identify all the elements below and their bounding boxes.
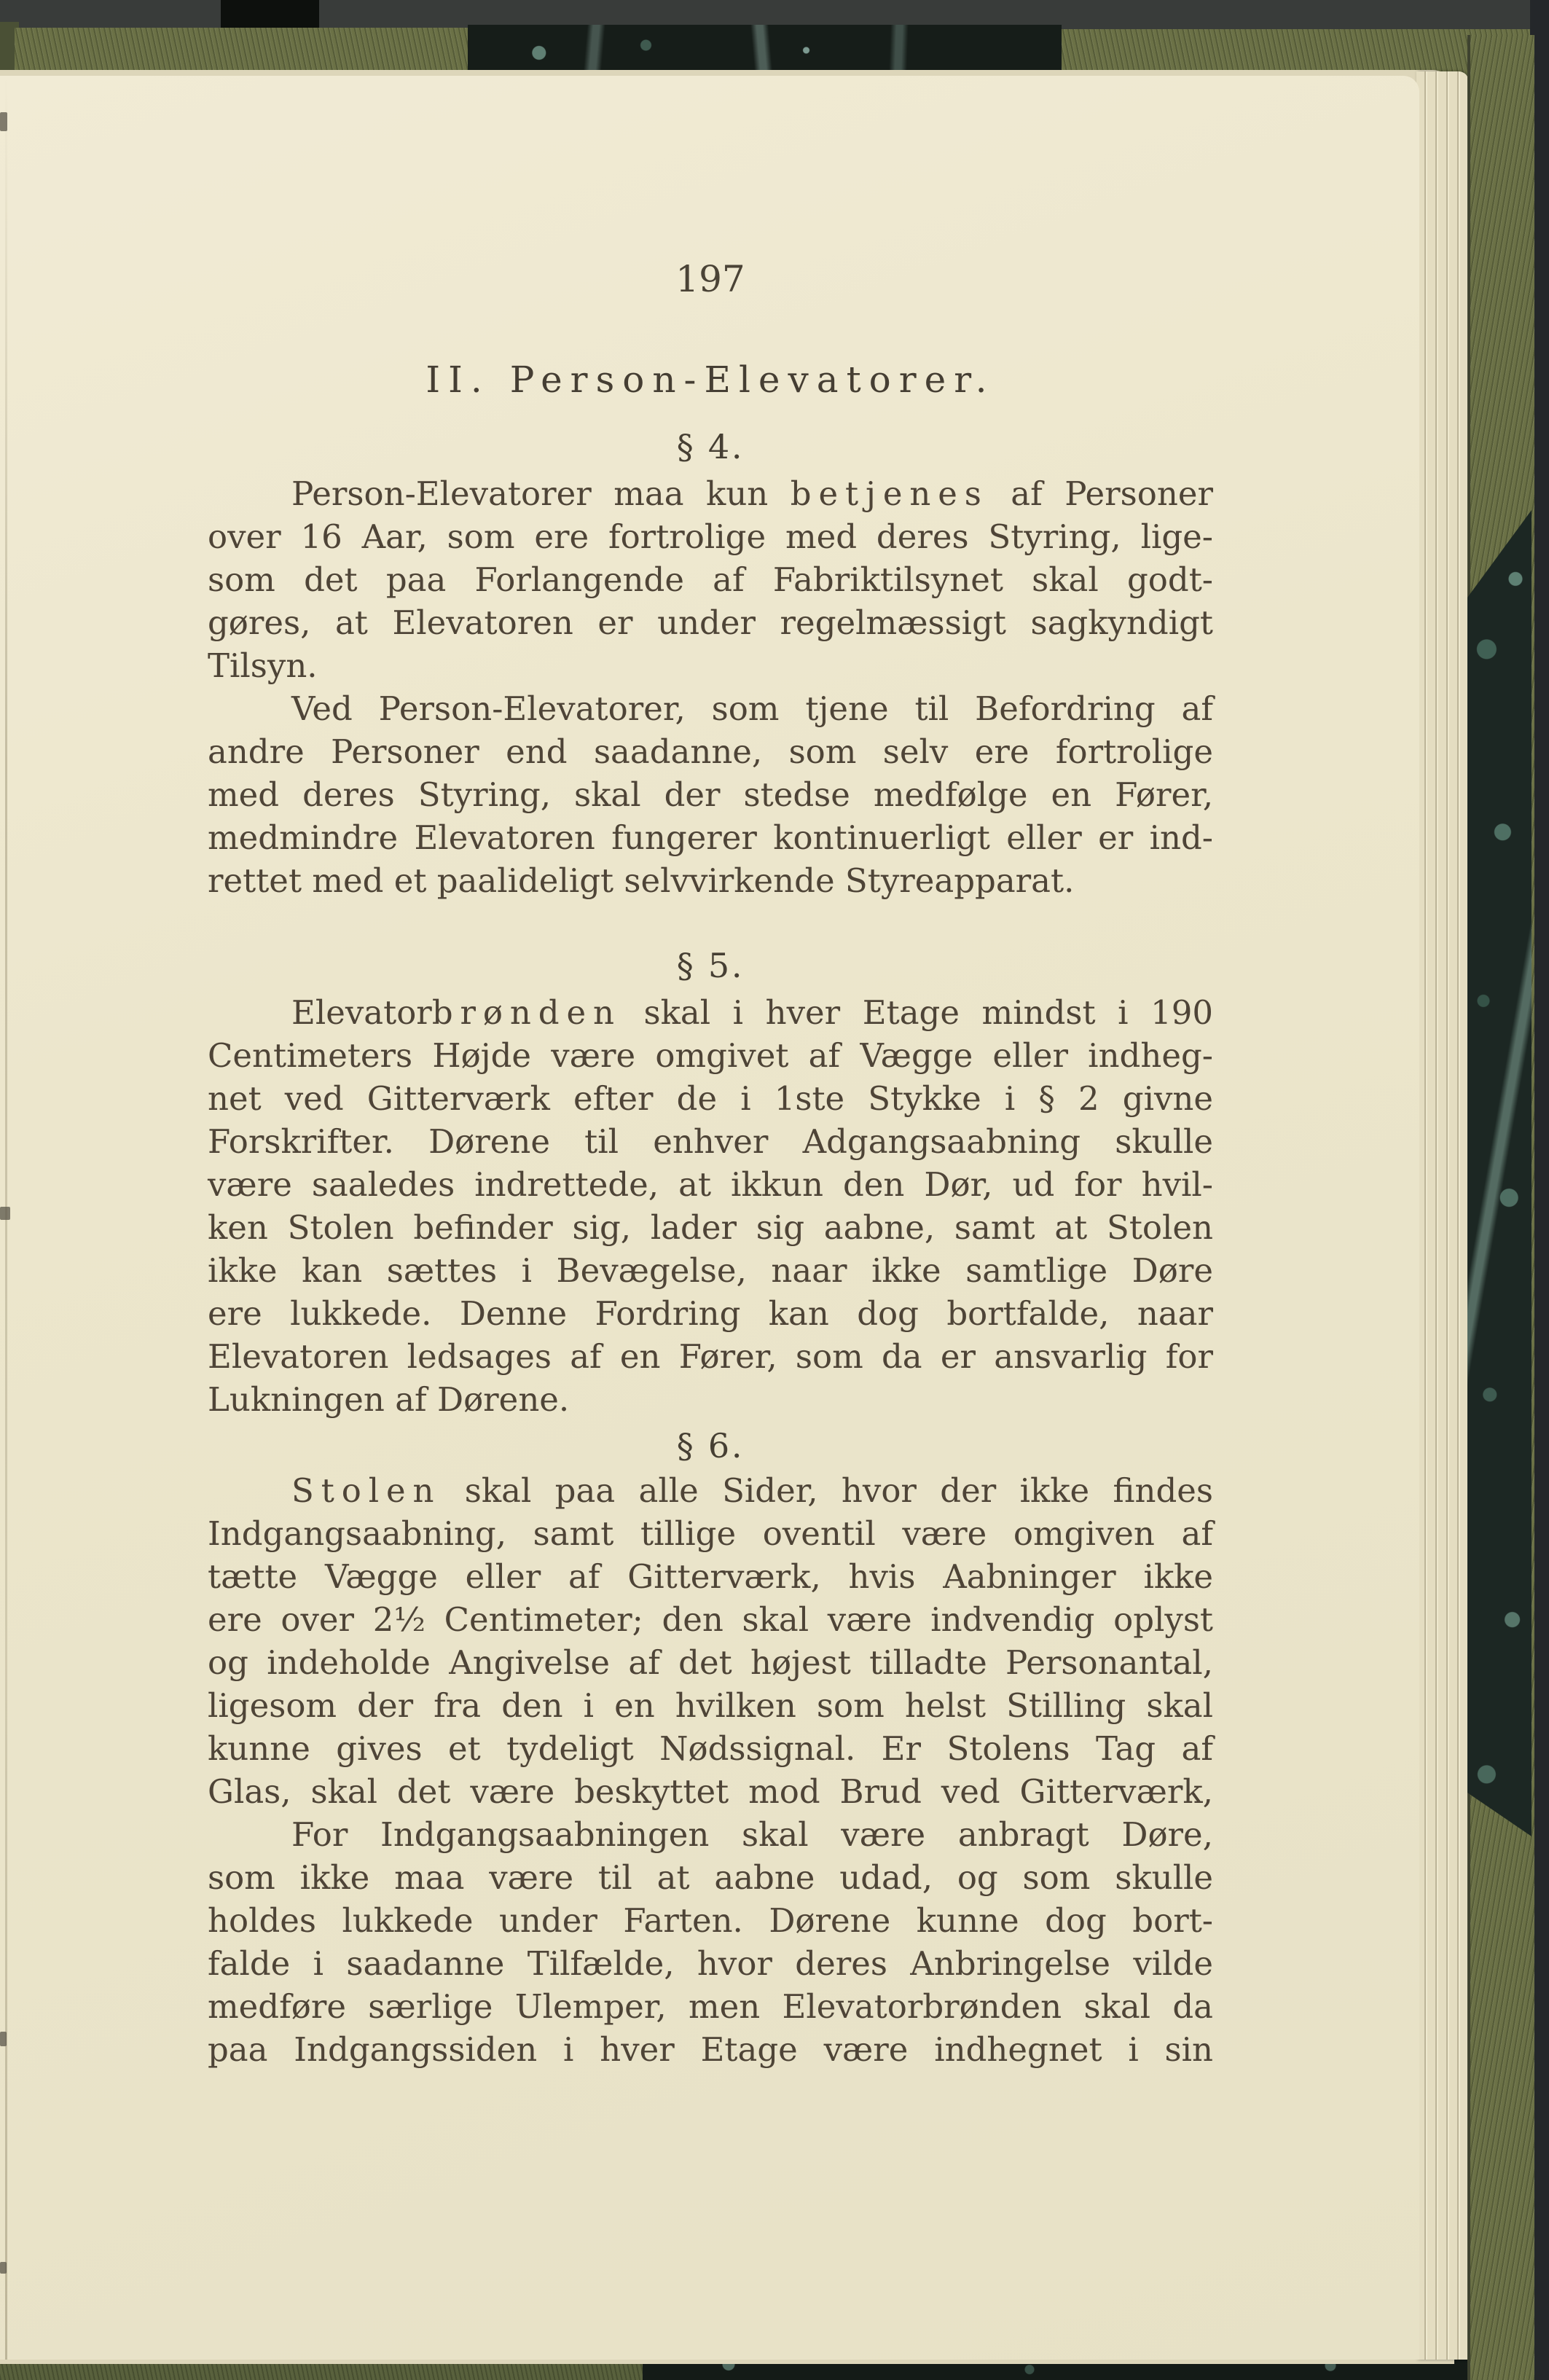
text-line: gøres, at Elevatoren er under regelmæssi… [208,601,1213,644]
text-line: net ved Gitterværk efter de i 1ste Stykk… [208,1077,1213,1120]
text-line: Indgangsaabning, samt tillige oventil væ… [208,1512,1213,1555]
text-line: ikke kan sættes i Bevægelse, naar ikke s… [208,1249,1213,1292]
text-line: Ved Person-Elevatorer, som tjene til Bef… [208,687,1213,730]
cover-marbled-top [468,25,1062,76]
text-segment: holdes lukkede under Farten. Dørene kunn… [208,1901,1213,1940]
text-line: Centimeters Højde være omgivet af Vægge … [208,1034,1213,1077]
text-line: medføre særlige Ulemper, men Elevatorbrø… [208,1985,1213,2028]
text-segment: Tilsyn. [208,646,318,685]
book-page: 197 II. Person-Elevatorer. § 4. Person-E… [0,76,1419,2360]
text-line: ere over 2½ Centimeter; den skal være in… [208,1598,1213,1641]
text-segment: tætte Vægge eller af Gitterværk, hvis Aa… [208,1557,1213,1596]
text-line: Lukningen af Dørene. [208,1378,1213,1421]
text-line: som det paa Forlangende af Fabriktilsyne… [208,558,1213,601]
page-blemish [0,2032,7,2046]
paragraph: Elevatorbrønden skal i hver Etage mindst… [208,991,1213,1421]
text-segment: skal i hver Etage mindst i 190 [621,993,1213,1032]
text-segment: som det paa Forlangende af Fabriktilsyne… [208,560,1213,599]
paragraph-mark-4: § 4. [208,427,1213,466]
emphasized-word: betjenes [791,474,989,513]
text-line: tætte Vægge eller af Gitterværk, hvis Aa… [208,1555,1213,1598]
page-blemish [0,1207,10,1220]
text-segment: ikke kan sættes i Bevægelse, naar ikke s… [208,1251,1213,1290]
text-line: falde i saadanne Tilfælde, hvor deres An… [208,1942,1213,1985]
paragraph: Stolen skal paa alle Sider, hvor der ikk… [208,1469,1213,1813]
text-segment: medføre særlige Ulemper, men Elevatorbrø… [208,1987,1213,2026]
text-segment: over 16 Aar, som ere fortrolige med dere… [208,517,1213,556]
text-segment: Glas, skal det være beskyttet mod Brud v… [208,1772,1213,1811]
text-segment: Indgangsaabning, samt tillige oventil væ… [208,1514,1213,1553]
text-line: Person-Elevatorer maa kun betjenes af Pe… [208,472,1213,515]
text-segment: Lukningen af Dørene. [208,1380,569,1419]
paragraph-mark-6: § 6. [208,1426,1213,1465]
text-line: Glas, skal det være beskyttet mod Brud v… [208,1770,1213,1813]
text-line: For Indgangsaabningen skal være anbragt … [208,1813,1213,1856]
text-segment: af Personer [989,474,1213,513]
text-line: som ikke maa være til at aabne udad, og … [208,1856,1213,1899]
text-line: og indeholde Angivelse af det højest til… [208,1641,1213,1684]
book-photo: { "page": { "number": "197", "title": "I… [0,0,1549,2380]
text-line: med deres Styring, skal der stedse medfø… [208,773,1213,816]
text-line: være saaledes indrettede, at ikkun den D… [208,1163,1213,1206]
text-segment: Elevator [291,993,432,1032]
text-segment: For Indgangsaabningen skal være anbragt … [291,1815,1213,1854]
page-edge-lines [1416,71,1469,2360]
text-segment: kunne gives et tydeligt Nødssignal. Er S… [208,1729,1213,1768]
text-segment: Centimeters Højde være omgivet af Vægge … [208,1036,1213,1075]
page-blemish [0,112,7,131]
text-line: ere lukkede. Denne Fordring kan dog bort… [208,1292,1213,1335]
paragraph: Person-Elevatorer maa kun betjenes af Pe… [208,472,1213,687]
text-line: Elevatoren ledsages af en Fører, som da … [208,1335,1213,1378]
text-segment: ken Stolen befinder sig, lader sig aabne… [208,1208,1213,1247]
cover-marbled-right [1467,466,1532,1873]
text-segment: og indeholde Angivelse af det højest til… [208,1643,1213,1682]
text-line: andre Personer end saadanne, som selv er… [208,730,1213,773]
text-segment: medmindre Elevatoren fungerer kontinuerl… [208,818,1213,857]
text-segment: gøres, at Elevatoren er under regelmæssi… [208,603,1213,642]
cover-cloth-top-left [15,28,468,76]
text-segment: andre Personer end saadanne, som selv er… [208,732,1213,771]
text-segment: net ved Gitterværk efter de i 1ste Stykk… [208,1079,1213,1118]
text-line: kunne gives et tydeligt Nødssignal. Er S… [208,1727,1213,1770]
text-segment: Ved Person-Elevatorer, som tjene til Bef… [291,689,1213,728]
emphasized-word: brønden [432,993,621,1032]
cover-cloth-top-right [1062,29,1530,76]
emphasized-word: Stolen [291,1471,441,1510]
text-line: holdes lukkede under Farten. Dørene kunn… [208,1899,1213,1942]
page-blemish [0,2262,7,2274]
text-block: 197 II. Person-Elevatorer. § 4. Person-E… [208,76,1213,2360]
text-line: Stolen skal paa alle Sider, hvor der ikk… [208,1469,1213,1512]
text-segment: paa Indgangssiden i hver Etage være indh… [208,2030,1213,2069]
text-segment: som ikke maa være til at aabne udad, og … [208,1858,1213,1897]
text-segment: Forskrifter. Dørene til enhver Adgangsaa… [208,1122,1213,1161]
paragraph: For Indgangsaabningen skal være anbragt … [208,1813,1213,2071]
text-line: Elevatorbrønden skal i hver Etage mindst… [208,991,1213,1034]
text-segment: være saaledes indrettede, at ikkun den D… [208,1165,1213,1204]
text-segment: ere lukkede. Denne Fordring kan dog bort… [208,1294,1213,1333]
paragraph-mark-5: § 5. [208,946,1213,985]
page-number: 197 [208,259,1213,300]
text-line: rettet med et paalideligt selvvirkende S… [208,859,1213,902]
paragraph: Ved Person-Elevatorer, som tjene til Bef… [208,687,1213,902]
text-line: ligesom der fra den i en hvilken som hel… [208,1684,1213,1727]
text-segment: falde i saadanne Tilfælde, hvor deres An… [208,1944,1213,1983]
text-segment: skal paa alle Sider, hvor der ikke finde… [441,1471,1213,1510]
chapter-heading: II. Person-Elevatorer. [208,359,1213,401]
text-line: paa Indgangssiden i hver Etage være indh… [208,2028,1213,2071]
text-line: medmindre Elevatoren fungerer kontinuerl… [208,816,1213,859]
text-segment: Person-Elevatorer maa kun [291,474,791,513]
text-segment: Elevatoren ledsages af en Fører, som da … [208,1337,1213,1376]
text-segment: ligesom der fra den i en hvilken som hel… [208,1686,1213,1725]
text-segment: rettet med et paalideligt selvvirkende S… [208,861,1074,900]
text-line: Tilsyn. [208,644,1213,687]
text-line: Forskrifter. Dørene til enhver Adgangsaa… [208,1120,1213,1163]
text-line: over 16 Aar, som ere fortrolige med dere… [208,515,1213,558]
text-line: ken Stolen befinder sig, lader sig aabne… [208,1206,1213,1249]
text-segment: med deres Styring, skal der stedse medfø… [208,775,1213,814]
text-segment: ere over 2½ Centimeter; den skal være in… [208,1600,1213,1639]
